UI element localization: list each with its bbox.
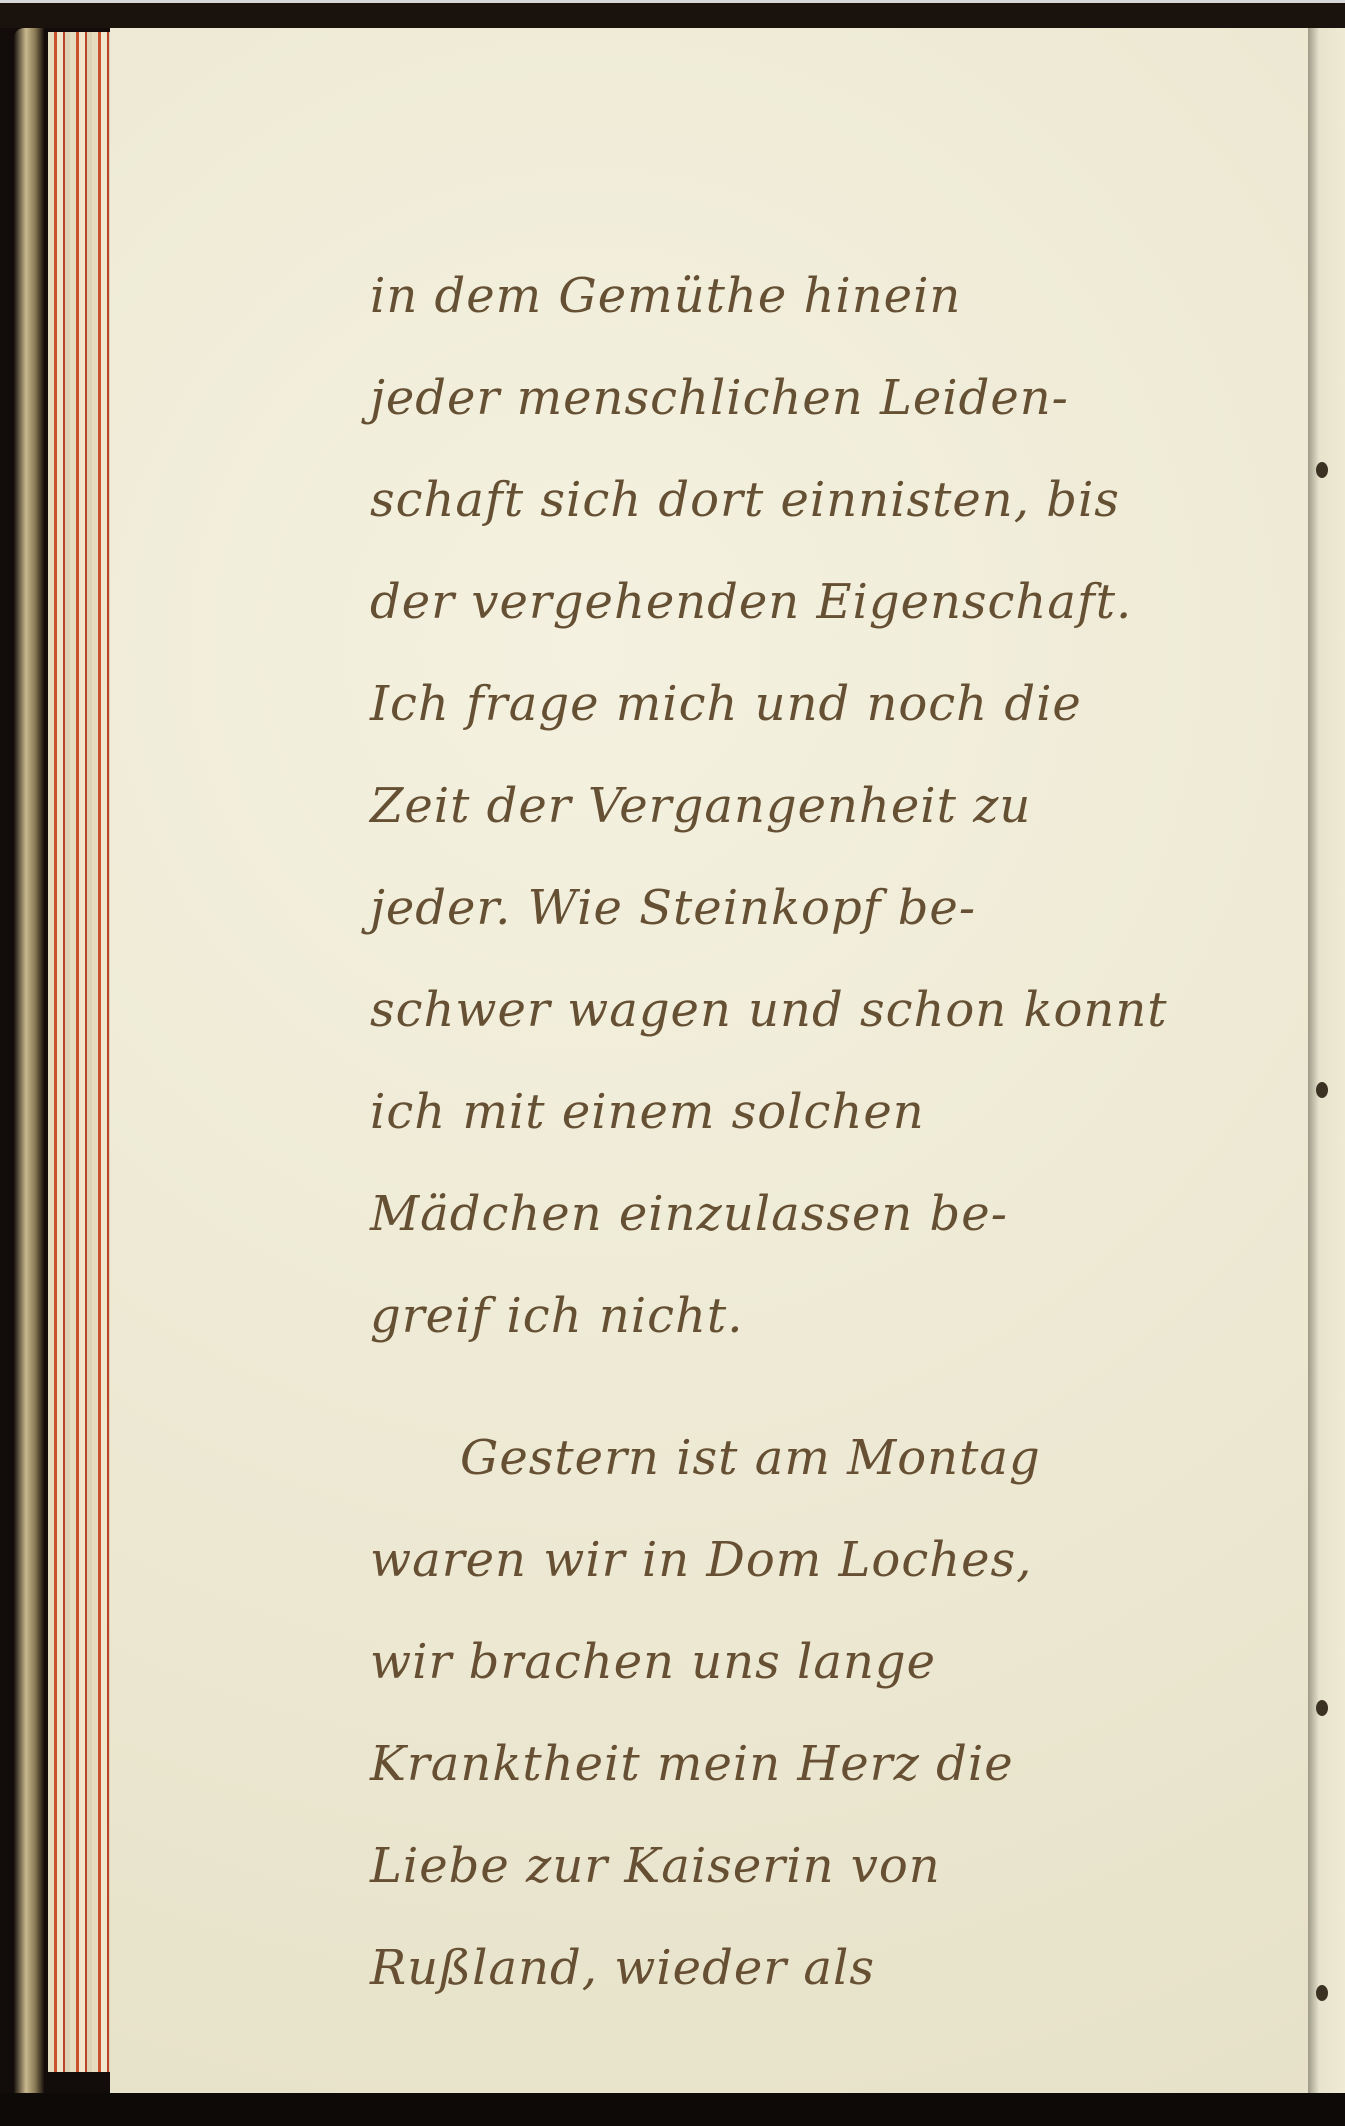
text-line: Zeit der Vergangenheit zu [370, 755, 1250, 857]
binding-hole [1316, 1985, 1328, 2001]
binding-hole [1316, 1082, 1328, 1098]
text-line: jeder menschlichen Leiden- [370, 347, 1250, 449]
text-line: Kranktheit mein Herz die [370, 1713, 1250, 1815]
text-line: schaft sich dort einnisten, bis [370, 449, 1250, 551]
facing-page-edge [1308, 28, 1345, 2093]
binding-hole [1316, 462, 1328, 478]
text-line: Gestern ist am Montag [370, 1407, 1250, 1509]
text-line: Liebe zur Kaiserin von [370, 1815, 1250, 1917]
cover-top-edge [0, 0, 1345, 28]
cover-bottom-edge [0, 2093, 1345, 2126]
text-line: greif ich nicht. [370, 1265, 1250, 1367]
text-line: Rußland, wieder als [370, 1917, 1250, 2019]
text-line: schwer wagen und schon konnt [370, 959, 1250, 1061]
text-line: Mädchen einzulassen be- [370, 1163, 1250, 1265]
red-page-edges [48, 32, 110, 2072]
text-line: ich mit einem solchen [370, 1061, 1250, 1163]
spine-binding [14, 28, 44, 2108]
text-line: der vergehenden Eigenschaft. [370, 551, 1250, 653]
text-line: wir brachen uns lange [370, 1611, 1250, 1713]
paragraph-gap [370, 1367, 1250, 1407]
binding-hole [1316, 1700, 1328, 1716]
text-line: waren wir in Dom Loches, [370, 1509, 1250, 1611]
handwritten-text: in dem Gemüthe hinein jeder menschlichen… [370, 245, 1250, 2019]
text-line: in dem Gemüthe hinein [370, 245, 1250, 347]
text-line: jeder. Wie Steinkopf be- [370, 857, 1250, 959]
text-line: Ich frage mich und noch die [370, 653, 1250, 755]
